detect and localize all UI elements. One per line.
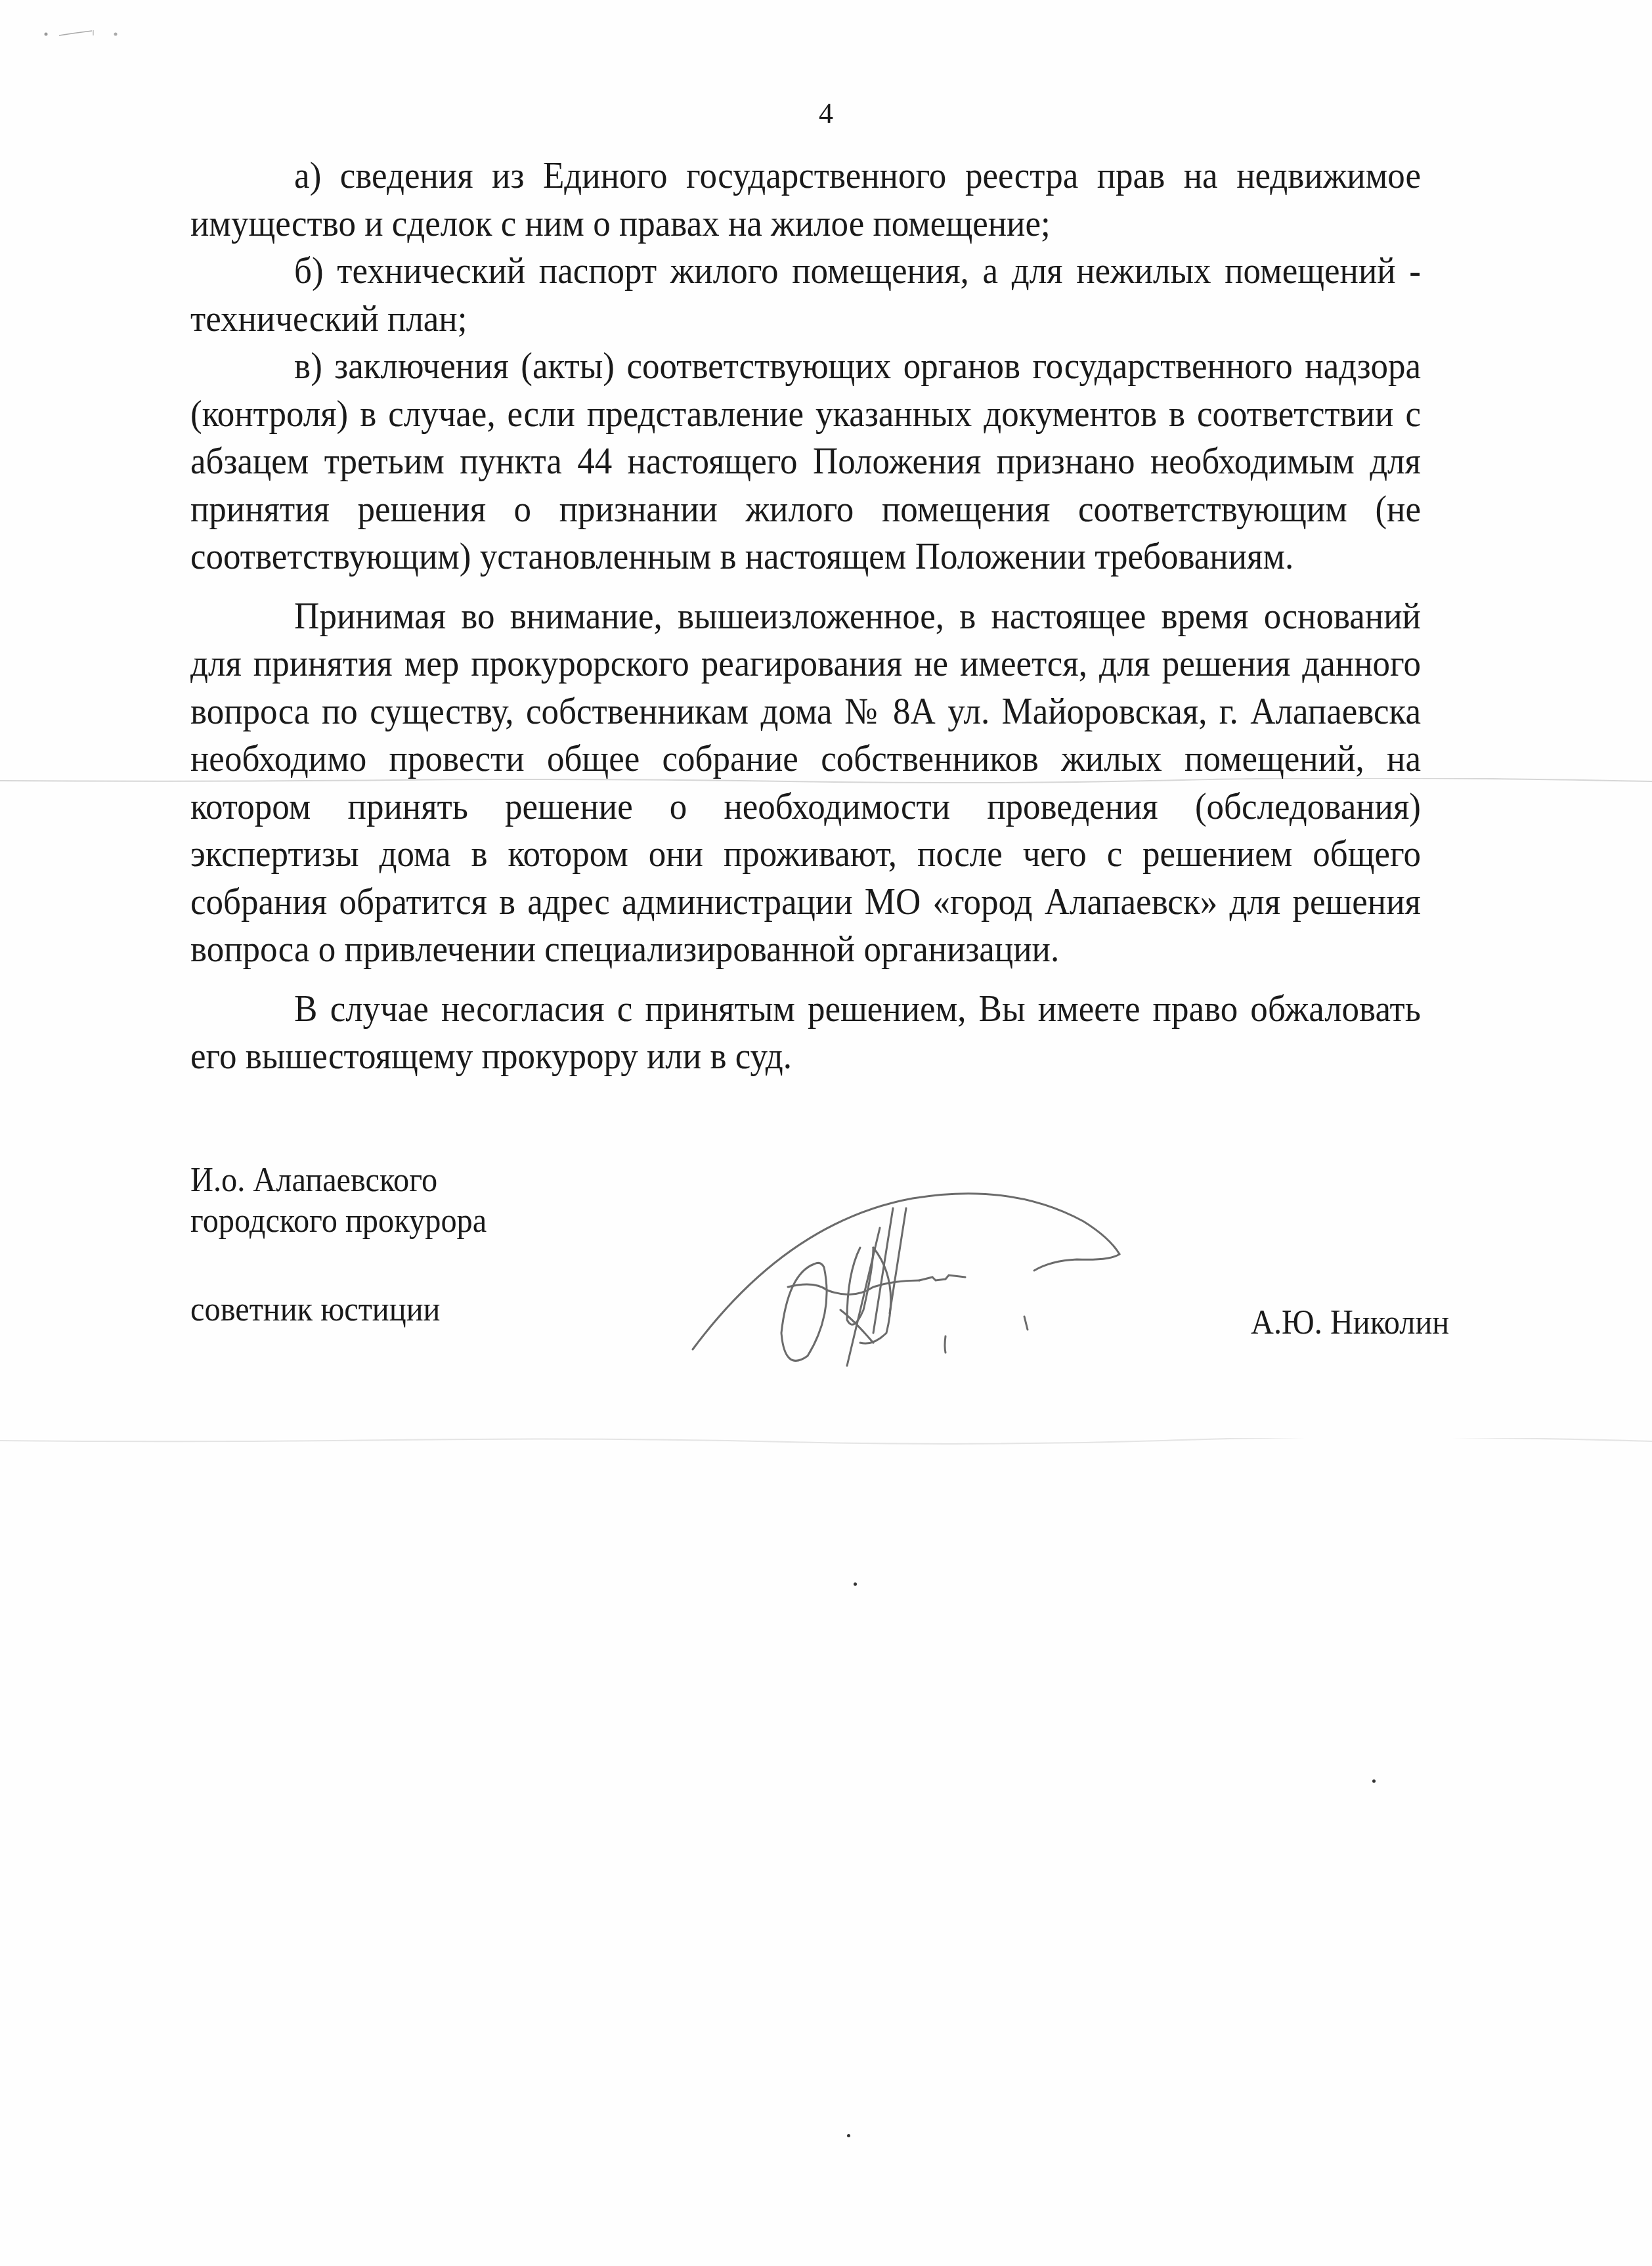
letter-body: а) сведения из Единого государственного … xyxy=(190,152,1421,1081)
scan-speck xyxy=(847,2134,850,2137)
paper-fold-line xyxy=(0,1438,1652,1445)
document-page: 4 а) сведения из Единого государственног… xyxy=(0,0,1652,2266)
page-number: 4 xyxy=(0,97,1652,130)
paragraph-item-a: а) сведения из Единого государственного … xyxy=(190,152,1421,248)
paragraph-item-b: б) технический паспорт жилого помещения,… xyxy=(190,248,1421,343)
handwritten-signature xyxy=(657,1182,1445,1392)
scan-artifact-mark xyxy=(39,26,118,39)
paragraph-item-v: в) заключения (акты) соответствующих орг… xyxy=(190,343,1421,581)
scan-speck xyxy=(1372,1779,1376,1783)
paragraph-appeal-rights: В случае несогласия с принятым решением,… xyxy=(190,986,1421,1081)
signatory-title-line2: городского прокурора xyxy=(190,1202,487,1241)
signatory-title-line1: И.о. Алапаевского xyxy=(190,1161,437,1200)
scan-speck xyxy=(854,1582,857,1586)
paragraph-conclusion: Принимая во внимание, вышеизложенное, в … xyxy=(190,593,1421,974)
signatory-rank: советник юстиции xyxy=(190,1290,440,1330)
